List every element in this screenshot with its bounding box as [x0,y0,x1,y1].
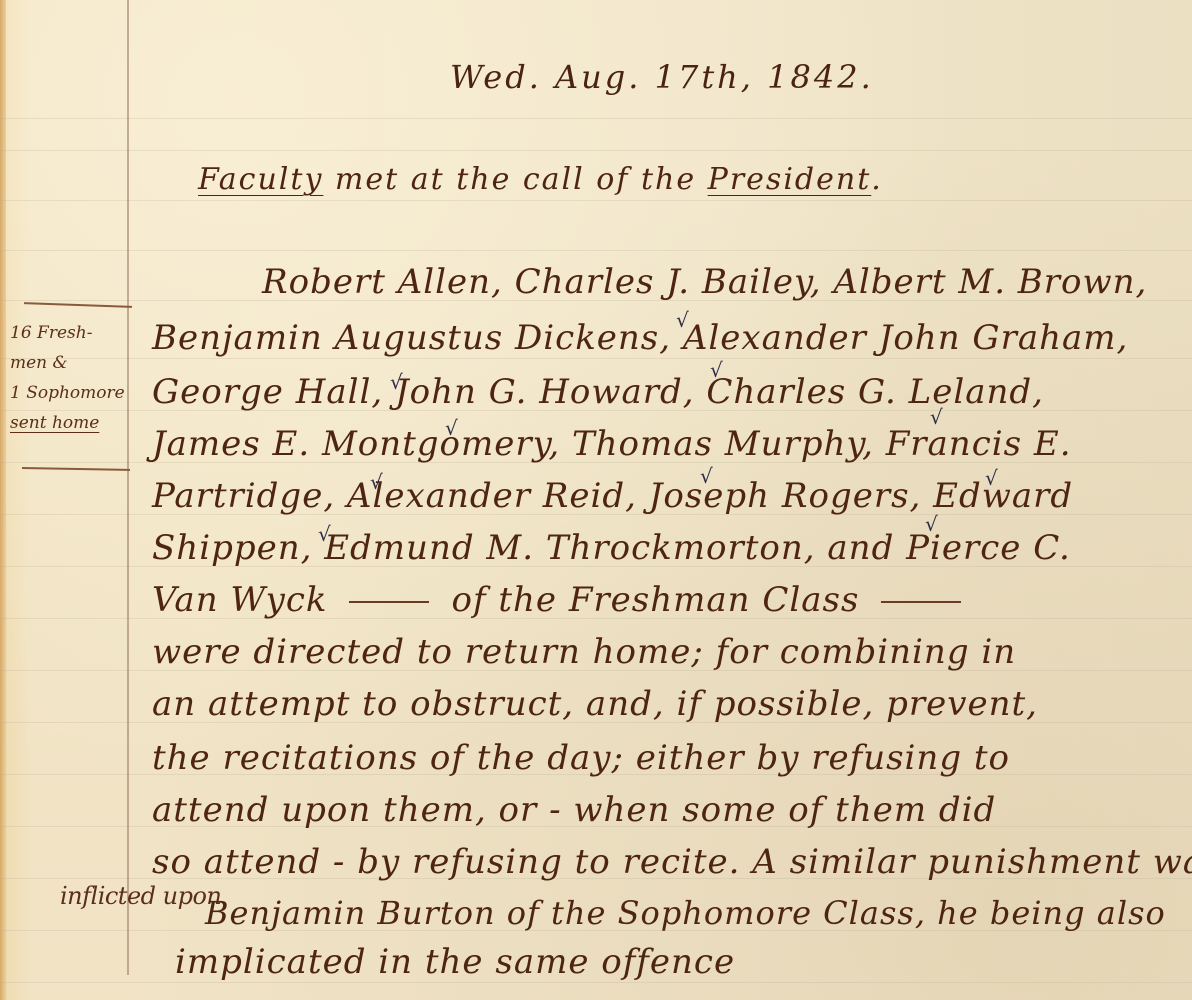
title-faculty: Faculty [198,162,323,197]
ruled-line [0,200,1192,201]
body-line: an attempt to obstruct, and, if possible… [152,684,1038,724]
freshman-class-label: of the Freshman Class [451,580,859,620]
check-mark-icon: √ [700,464,713,488]
van-wyck-name: Van Wyck [152,580,327,620]
body-line: James E. Montgomery, Thomas Murphy, Fran… [152,424,1072,464]
body-line: implicated in the same offence [175,942,735,982]
ledger-page: Wed. Aug. 17th, 1842. Faculty met at the… [0,0,1192,1000]
check-mark-icon: √ [370,470,383,494]
margin-note-line: 1 Sophomore [10,378,130,408]
check-mark-icon: √ [930,405,943,429]
check-mark-icon: √ [925,512,938,536]
margin-rule [127,0,129,975]
title-president: President [708,162,872,197]
body-line: Partridge, Alexander Reid, Joseph Rogers… [152,476,1073,516]
check-mark-icon: √ [445,416,458,440]
check-mark-icon: √ [676,308,689,332]
margin-annotation: 16 Fresh- men & 1 Sophomore sent home [10,318,130,438]
ruled-line [0,982,1192,983]
entry-title: Faculty met at the call of the President… [198,162,883,197]
body-line: Robert Allen, Charles J. Bailey, Albert … [262,262,1147,302]
body-line: attend upon them, or - when some of them… [152,790,996,830]
body-line: Benjamin Burton of the Sophomore Class, … [205,894,1166,932]
check-mark-icon: √ [985,466,998,490]
body-line: Benjamin Augustus Dickens, Alexander Joh… [152,318,1128,358]
inflicted-upon-margin-text: inflicted upon [60,882,221,910]
margin-note-rule-top [24,302,132,308]
ruled-line [0,150,1192,151]
margin-note-rule-bottom [22,467,130,471]
margin-note-line: men & [10,348,130,378]
dash [881,601,961,603]
ruled-line [0,358,1192,359]
margin-note-line: sent home [10,408,130,438]
title-end: . [871,162,883,197]
title-middle: met at the call of the [323,162,707,197]
ruled-line [0,250,1192,251]
margin-note-line: 16 Fresh- [10,318,130,348]
check-mark-icon: √ [318,522,331,546]
body-line-van-wyck: Van Wyckof the Freshman Class [152,580,983,620]
check-mark-icon: √ [390,370,403,394]
body-line: the recitations of the day; either by re… [152,738,1010,778]
body-line: were directed to return home; for combin… [152,632,1016,672]
entry-date: Wed. Aug. 17th, 1842. [450,58,874,96]
check-mark-icon: √ [710,358,723,382]
body-line: George Hall, John G. Howard, Charles G. … [152,372,1044,412]
body-line: so attend - by refusing to recite. A sim… [152,842,1192,882]
dash [349,601,429,603]
ruled-line [0,118,1192,119]
